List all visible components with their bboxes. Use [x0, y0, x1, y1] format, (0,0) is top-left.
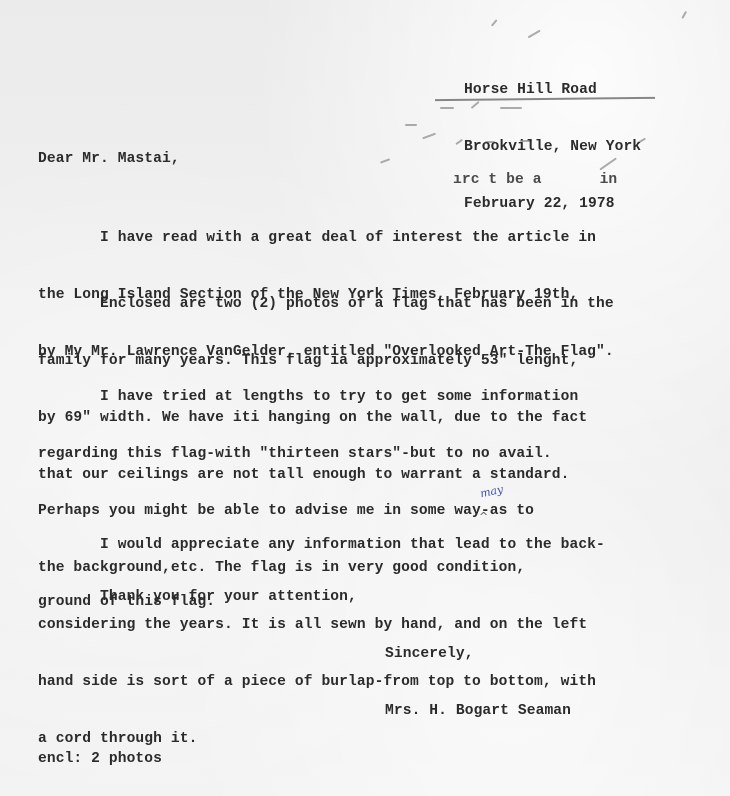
closing: Sincerely, [385, 645, 474, 664]
pencil-mark [380, 158, 390, 163]
paragraph-line: I have read with a great deal of interes… [38, 229, 614, 248]
pencil-mark [422, 133, 436, 139]
pencil-mark [455, 139, 462, 145]
letter-page: Horse Hill Road Brookville, New York Feb… [0, 0, 730, 796]
pencil-mark [405, 124, 417, 126]
faded-text-fragment: ırc t be ain [453, 171, 617, 190]
paragraph-line: I have tried at lengths to try to get so… [38, 388, 596, 407]
signature: Mrs. H. Bogart Seaman [385, 702, 571, 721]
paragraph-line: regarding this flag-with "thirteen stars… [38, 445, 596, 464]
insertion-caret-icon: ^ [479, 510, 488, 523]
paragraph-line: hand side is sort of a piece of burlap-f… [38, 673, 596, 692]
pencil-mark [440, 107, 454, 109]
pencil-mark [681, 11, 686, 19]
salutation: Dear Mr. Mastai, [38, 150, 180, 169]
paragraph-line: a cord through it. [38, 730, 596, 749]
paragraph-line: Enclosed are two (2) photos of a flag th… [38, 295, 614, 314]
paragraph-thanks: Thank you for your attention, [38, 550, 357, 645]
paragraph-line: Thank you for your attention, [38, 588, 357, 607]
enclosure-note: encl: 2 photos [38, 750, 162, 769]
address-city: Brookville, New York [464, 138, 641, 157]
faded-fragment-left: ırc t be a [453, 172, 542, 188]
pencil-mark [491, 19, 497, 26]
pencil-mark [528, 30, 541, 38]
faded-fragment-right: in [600, 172, 618, 188]
